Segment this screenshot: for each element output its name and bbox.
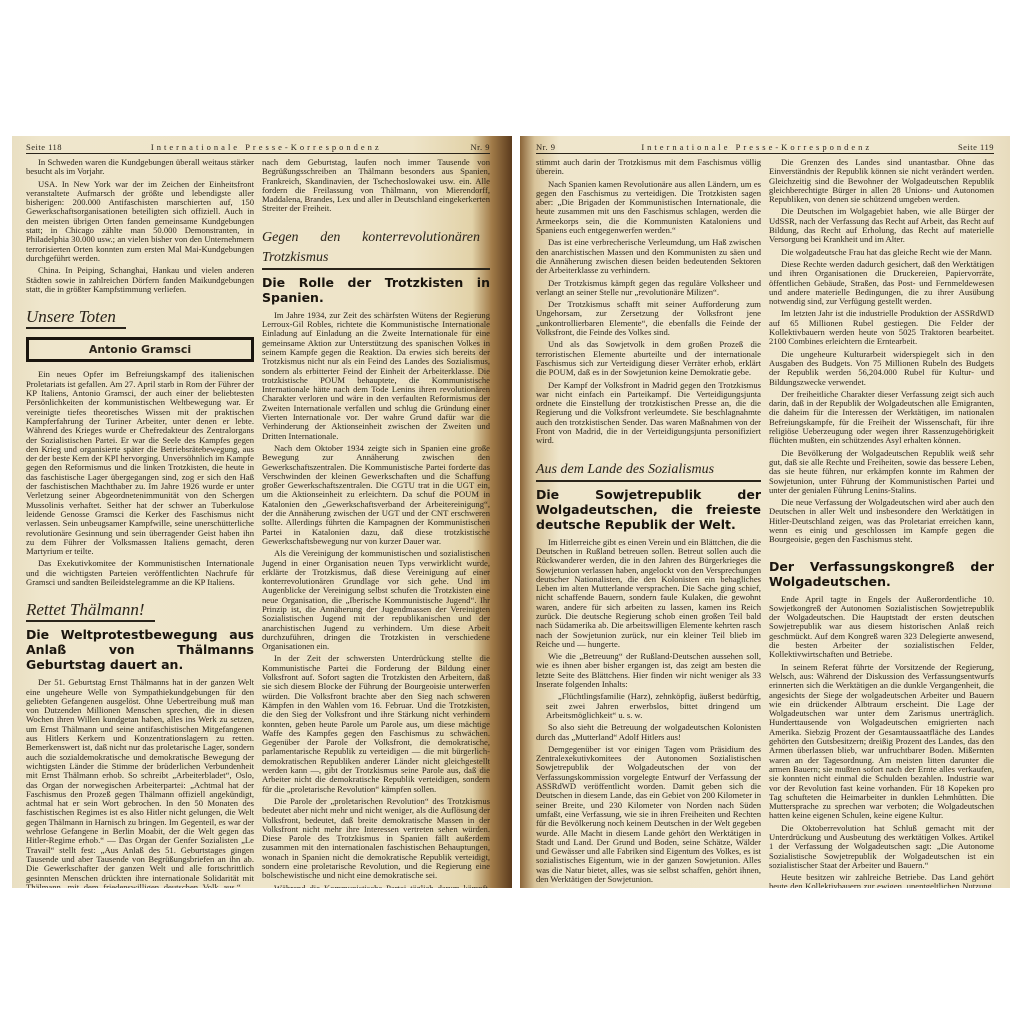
obituary-name-box: Antonio Gramsci <box>26 337 254 362</box>
left-col-1: In Schweden waren die Kundgebungen übera… <box>26 158 254 888</box>
section-heading-thaelmann: Rettet Thälmann! <box>26 600 155 622</box>
publication-title: Internationale Presse-Korrespondenz <box>641 142 872 152</box>
left-page: Seite 118 Internationale Presse-Korrespo… <box>12 136 512 888</box>
section-heading-trotzkismus: Gegen den konterrevolutionären Trotzkism… <box>262 228 490 270</box>
paragraph: Im Hitlerreiche gibt es einen Verein und… <box>536 538 761 650</box>
paragraph: Die Bevölkerung der Wolgadeutschen Repub… <box>769 449 994 495</box>
paragraph: Die wolgadeutsche Frau hat das gleiche R… <box>769 248 994 257</box>
paragraph: Die Deutschen im Wolgagebiet haben, wie … <box>769 207 994 244</box>
paragraph: Ende April tagte in Engels der Außerorde… <box>769 595 994 660</box>
paragraph: China. In Peiping, Schanghai, Hankau und… <box>26 266 254 294</box>
paragraph: In Schweden waren die Kundgebungen übera… <box>26 158 254 177</box>
paragraph: Die ungeheure Kulturarbeit widerspiegelt… <box>769 350 994 387</box>
paragraph: Nach dem Oktober 1934 zeigte sich in Spa… <box>262 444 490 546</box>
paragraph: Die Grenzen des Landes sind unantastbar.… <box>769 158 994 204</box>
paragraph: Wie die „Betreuung“ der Rußland-Deutsche… <box>536 652 761 689</box>
paragraph: USA. In New York war der im Zeichen der … <box>26 180 254 264</box>
issue-number: Nr. 9 <box>536 142 556 152</box>
paragraph: Die Parole der „proletarischen Revolutio… <box>262 797 490 881</box>
paragraph: Der Trotzkismus kämpft gegen das regulär… <box>536 279 761 298</box>
right-col-2: Die Grenzen des Landes sind unantastbar.… <box>769 158 994 888</box>
paragraph: Demgegenüber ist vor einigen Tagen vom P… <box>536 745 761 884</box>
right-page-columns: stimmt auch darin der Trotzkismus mit de… <box>536 158 994 888</box>
paragraph: Während die Kommunistische Partei täglic… <box>262 884 490 888</box>
page-number: Seite 118 <box>26 142 62 152</box>
paragraph: nach dem Geburtstag, laufen noch immer T… <box>262 158 490 214</box>
page-number: Seite 119 <box>958 142 994 152</box>
left-col-2: nach dem Geburtstag, laufen noch immer T… <box>262 158 490 888</box>
right-page: Nr. 9 Internationale Presse-Korresponden… <box>520 136 1010 888</box>
paragraph: Der freiheitliche Charakter dieser Verfa… <box>769 390 994 446</box>
paragraph: Im Jahre 1934, zur Zeit des schärfsten W… <box>262 311 490 441</box>
paragraph: Aber die Wolgadeutschen sind auch die er… <box>536 887 761 888</box>
paragraph: In seinem Referat führte der Vorsitzende… <box>769 663 994 821</box>
paragraph: In der Zeit der schwersten Unterdrückung… <box>262 654 490 793</box>
paragraph: So also sieht die Betreuung der wolgadeu… <box>536 723 761 742</box>
paragraph: stimmt auch darin der Trotzkismus mit de… <box>536 158 761 177</box>
paragraph: Die Oktoberrevolution hat Schluß gemacht… <box>769 824 994 870</box>
section-heading-sozialismus: Aus dem Lande des Sozialismus <box>536 460 761 482</box>
paragraph: Die neue Verfassung der Wolgadeutschen w… <box>769 498 994 544</box>
running-head-right: Nr. 9 Internationale Presse-Korresponden… <box>536 142 994 154</box>
section-heading-obituary: Unsere Toten <box>26 307 126 329</box>
article-headline: Die Sowjetrepublik der Wolgadeutschen, d… <box>536 487 761 532</box>
article-headline: Die Rolle der Trotzkisten in Spanien. <box>262 275 490 305</box>
paragraph: Nach Spanien kamen Revolutionäre aus all… <box>536 180 761 236</box>
paragraph: Der Kampf der Volksfront in Madrid gegen… <box>536 381 761 446</box>
issue-number: Nr. 9 <box>471 142 491 152</box>
left-page-columns: In Schweden waren die Kundgebungen übera… <box>26 158 490 888</box>
running-head-left: Seite 118 Internationale Presse-Korrespo… <box>26 142 490 154</box>
paragraph: Der Trotzkismus schafft mit seiner Auffo… <box>536 300 761 337</box>
paragraph: Der 51. Geburtstag Ernst Thälmanns hat i… <box>26 678 254 888</box>
paragraph: Diese Rechte werden dadurch gesichert, d… <box>769 260 994 306</box>
publication-title: Internationale Presse-Korrespondenz <box>151 142 382 152</box>
article-headline: Die Weltprotestbewegung aus Anlaß von Th… <box>26 627 254 672</box>
paragraph: Das ist eine verbrecherische Verleumdung… <box>536 238 761 275</box>
right-col-1: stimmt auch darin der Trotzkismus mit de… <box>536 158 761 888</box>
article-headline: Der Verfassungskongreß der Wolgadeutsche… <box>769 559 994 589</box>
paragraph: Als die Vereinigung der kommunistischen … <box>262 549 490 651</box>
quoted-advertisement: „Flüchtlingsfamilie (Harz), zehnköpfig, … <box>546 692 761 720</box>
paragraph: Heute besitzen wir zahlreiche Betriebe. … <box>769 873 994 888</box>
paragraph: Das Exekutivkomitee der Kommunistischen … <box>26 559 254 587</box>
paragraph: Ein neues Opfer im Befreiungskampf des i… <box>26 370 254 556</box>
paragraph: Und als das Sowjetvolk in dem großen Pro… <box>536 340 761 377</box>
paragraph: Im letzten Jahr ist die industrielle Pro… <box>769 309 994 346</box>
